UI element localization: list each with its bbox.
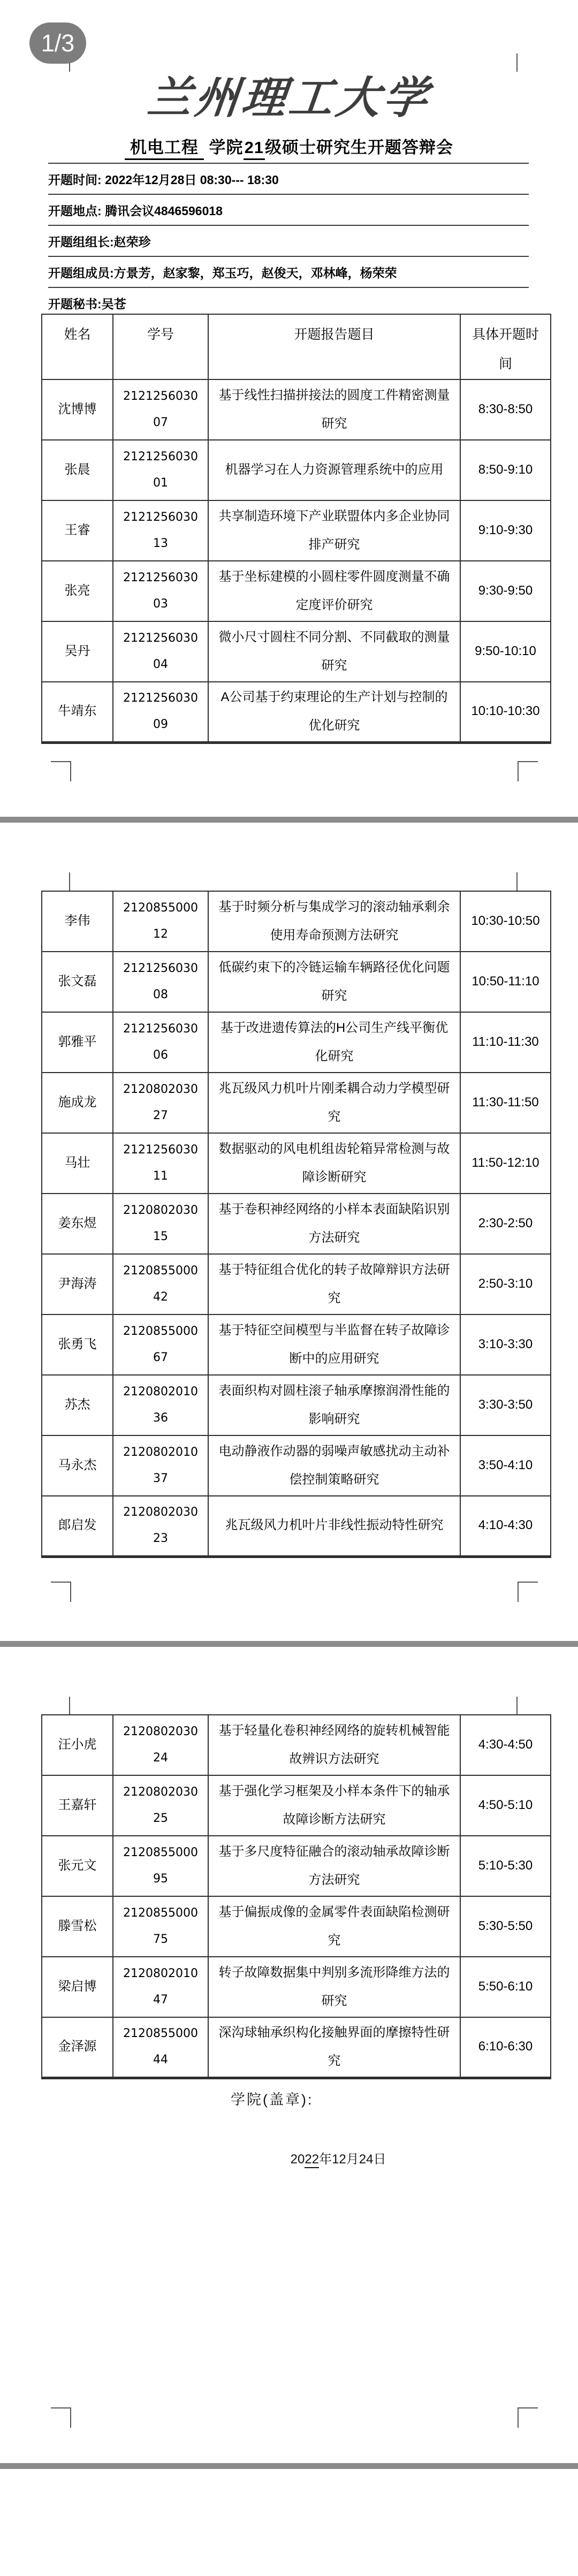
time-slot: 2:50-3:10 bbox=[460, 1254, 551, 1314]
thesis-topic: 表面织构对圆柱滚子轴承摩擦润滑性能的影响研究 bbox=[208, 1375, 460, 1435]
thesis-topic: 兆瓦级风力机叶片非线性振动特性研究 bbox=[208, 1496, 460, 1556]
date-underlined: 22 bbox=[305, 2152, 319, 2168]
time-slot: 9:50-10:10 bbox=[460, 621, 551, 682]
thesis-topic: 低碳约束下的冷链运输车辆路径优化问题研究 bbox=[208, 952, 460, 1012]
time-slot: 8:50-9:10 bbox=[460, 440, 551, 500]
thesis-topic: 基于偏振成像的金属零件表面缺陷检测研究 bbox=[208, 1896, 460, 1957]
thesis-topic: 深沟球轴承织构化接触界面的摩擦特性研究 bbox=[208, 2017, 460, 2078]
page-separator bbox=[0, 2463, 578, 2469]
table-row: 王嘉轩 212080203025 基于强化学习框架及小样本条件下的轴承故障诊断方… bbox=[42, 1775, 551, 1836]
thesis-topic: 电动静液作动器的弱噪声敏感扰动主动补偿控制策略研究 bbox=[208, 1435, 460, 1496]
crop-mark bbox=[516, 1697, 518, 1714]
thesis-topic: 基于多尺度特征融合的滚动轴承故障诊断方法研究 bbox=[208, 1836, 460, 1896]
thesis-topic: 基于特征组合优化的转子故障辩识方法研究 bbox=[208, 1254, 460, 1314]
page-indicator-label: 1/3 bbox=[41, 29, 75, 57]
student-id: 212125603004 bbox=[113, 621, 208, 682]
thesis-topic: 机器学习在人力资源管理系统中的应用 bbox=[208, 440, 460, 500]
crop-mark bbox=[51, 761, 71, 781]
student-name: 金泽源 bbox=[42, 2017, 113, 2078]
thesis-topic: 共享制造环境下产业联盟体内多企业协同排产研究 bbox=[208, 500, 460, 561]
student-name: 姜东煜 bbox=[42, 1194, 113, 1254]
student-id: 212125603006 bbox=[113, 1012, 208, 1073]
time-slot: 2:30-2:50 bbox=[460, 1194, 551, 1254]
student-id: 212080203025 bbox=[113, 1775, 208, 1836]
header-id: 学号 bbox=[113, 314, 208, 379]
time-slot: 3:30-3:50 bbox=[460, 1375, 551, 1435]
info-value: 腾讯会议4846596018 bbox=[105, 201, 223, 219]
time-slot: 8:30-8:50 bbox=[460, 379, 551, 440]
info-label: 开题时间: bbox=[48, 170, 105, 188]
time-slot: 3:10-3:30 bbox=[460, 1314, 551, 1375]
student-name: 张勇飞 bbox=[42, 1314, 113, 1375]
document-viewer: 1/3 兰州理工大学 机电工程 学院21级硕士研究生开题答辩会 开题时间: 20… bbox=[0, 0, 578, 2576]
student-name: 尹海涛 bbox=[42, 1254, 113, 1314]
time-slot: 5:30-5:50 bbox=[460, 1896, 551, 1957]
time-slot: 4:10-4:30 bbox=[460, 1496, 551, 1556]
time-slot: 4:50-5:10 bbox=[460, 1775, 551, 1836]
thesis-topic: 基于改进遗传算法的H公司生产线平衡优化研究 bbox=[208, 1012, 460, 1073]
table-header-row: 姓名 学号 开题报告题目 具体开题时间 bbox=[42, 314, 551, 379]
date-line: 2022年12月24日 bbox=[276, 2133, 386, 2182]
thesis-topic: 基于轻量化卷积神经网络的旋转机械智能故辨识方法研究 bbox=[208, 1715, 460, 1775]
student-id: 212125603003 bbox=[113, 561, 208, 621]
info-label: 开题组组长: bbox=[48, 232, 114, 250]
crop-mark bbox=[518, 1582, 538, 1602]
time-slot: 10:50-11:10 bbox=[460, 952, 551, 1012]
time-slot: 5:50-6:10 bbox=[460, 1957, 551, 2017]
info-label: 开题组成员: bbox=[48, 263, 114, 281]
student-name: 滕雪松 bbox=[42, 1896, 113, 1957]
student-id: 212085500012 bbox=[113, 891, 208, 952]
time-slot: 9:30-9:50 bbox=[460, 561, 551, 621]
student-name: 张晨 bbox=[42, 440, 113, 500]
time-slot: 11:30-11:50 bbox=[460, 1073, 551, 1133]
student-id: 212085500095 bbox=[113, 1836, 208, 1896]
thesis-topic: 兆瓦级风力机叶片刚柔耦合动力学模型研究 bbox=[208, 1073, 460, 1133]
info-label: 开题秘书: bbox=[48, 294, 102, 312]
header-topic: 开题报告题目 bbox=[208, 314, 460, 379]
student-name: 王睿 bbox=[42, 500, 113, 561]
student-name: 苏杰 bbox=[42, 1375, 113, 1435]
crop-mark bbox=[518, 2407, 538, 2428]
schedule-table-page-1: 姓名 学号 开题报告题目 具体开题时间 沈博博 212125603007 基于线… bbox=[41, 314, 551, 744]
meeting-info-row: 开题组成员:方景芳，赵家黎，郑玉巧，赵俊天，邓林峰，杨荣荣 bbox=[48, 256, 529, 287]
page-separator bbox=[0, 817, 578, 823]
crop-mark bbox=[516, 872, 518, 891]
student-name: 王嘉轩 bbox=[42, 1775, 113, 1836]
info-value: 方景芳，赵家黎，郑玉巧，赵俊天，邓林峰，杨荣荣 bbox=[114, 263, 397, 281]
student-id: 212085500075 bbox=[113, 1896, 208, 1957]
title-grade: 21 bbox=[244, 138, 265, 160]
table-row: 牛靖东 212125603009 A公司基于约束理论的生产计划与控制的优化研究 … bbox=[42, 682, 551, 742]
table-row: 王睿 212125603013 共享制造环境下产业联盟体内多企业协同排产研究 9… bbox=[42, 500, 551, 561]
thesis-topic: 基于强化学习框架及小样本条件下的轴承故障诊断方法研究 bbox=[208, 1775, 460, 1836]
student-id: 212080201047 bbox=[113, 1957, 208, 2017]
student-name: 张亮 bbox=[42, 561, 113, 621]
thesis-topic: 基于特征空间模型与半监督在转子故障诊断中的应用研究 bbox=[208, 1314, 460, 1375]
student-id: 212085500044 bbox=[113, 2017, 208, 2078]
student-name: 马壮 bbox=[42, 1133, 113, 1194]
student-name: 牛靖东 bbox=[42, 682, 113, 742]
table-row: 梁启博 212080201047 转子故障数据集中判别多流形降维方法的研究 5:… bbox=[42, 1957, 551, 2017]
info-value: 2022年12月28日 08:30--- 18:30 bbox=[105, 170, 279, 188]
table-row: 马壮 212125603011 数据驱动的风电机组齿轮箱异常检测与故障诊断研究 … bbox=[42, 1133, 551, 1194]
thesis-topic: 基于时频分析与集成学习的滚动轴承剩余使用寿命预测方法研究 bbox=[208, 891, 460, 952]
document-title: 机电工程 学院21级硕士研究生开题答辩会 bbox=[0, 134, 578, 158]
time-slot: 10:10-10:30 bbox=[460, 682, 551, 742]
table-row: 李伟 212085500012 基于时频分析与集成学习的滚动轴承剩余使用寿命预测… bbox=[42, 891, 551, 952]
thesis-topic: A公司基于约束理论的生产计划与控制的优化研究 bbox=[208, 682, 460, 742]
title-rest: 级硕士研究生开题答辩会 bbox=[265, 138, 453, 157]
table-row: 尹海涛 212085500042 基于特征组合优化的转子故障辩识方法研究 2:5… bbox=[42, 1254, 551, 1314]
thesis-topic: 转子故障数据集中判别多流形降维方法的研究 bbox=[208, 1957, 460, 2017]
table-row: 郭雅平 212125603006 基于改进遗传算法的H公司生产线平衡优化研究 1… bbox=[42, 1012, 551, 1073]
student-name: 张文磊 bbox=[42, 952, 113, 1012]
crop-mark bbox=[69, 872, 70, 891]
student-name: 沈博博 bbox=[42, 379, 113, 440]
page-indicator-badge: 1/3 bbox=[29, 22, 86, 64]
schedule-table-page-3: 汪小虎 212080203024 基于轻量化卷积神经网络的旋转机械智能故辨识方法… bbox=[41, 1714, 551, 2079]
info-value: 赵荣珍 bbox=[114, 232, 151, 250]
thesis-topic: 基于线性扫描拼接法的圆度工件精密测量研究 bbox=[208, 379, 460, 440]
title-department: 机电工程 bbox=[125, 138, 204, 160]
student-id: 212080201036 bbox=[113, 1375, 208, 1435]
thesis-topic: 基于坐标建模的小圆柱零件圆度测量不确定度评价研究 bbox=[208, 561, 460, 621]
student-id: 212085500042 bbox=[113, 1254, 208, 1314]
table-row: 沈博博 212125603007 基于线性扫描拼接法的圆度工件精密测量研究 8:… bbox=[42, 379, 551, 440]
page-separator bbox=[0, 1641, 578, 1647]
header-time: 具体开题时间 bbox=[460, 314, 551, 379]
time-slot: 3:50-4:10 bbox=[460, 1435, 551, 1496]
table-row: 郎启发 212080203023 兆瓦级风力机叶片非线性振动特性研究 4:10-… bbox=[42, 1496, 551, 1556]
student-id: 212080203023 bbox=[113, 1496, 208, 1556]
thesis-topic: 数据驱动的风电机组齿轮箱异常检测与故障诊断研究 bbox=[208, 1133, 460, 1194]
university-logo: 兰州理工大学 bbox=[0, 69, 578, 128]
student-id: 212080203024 bbox=[113, 1715, 208, 1775]
student-id: 212125603009 bbox=[113, 682, 208, 742]
student-name: 施成龙 bbox=[42, 1073, 113, 1133]
student-name: 郭雅平 bbox=[42, 1012, 113, 1073]
table-row: 汪小虎 212080203024 基于轻量化卷积神经网络的旋转机械智能故辨识方法… bbox=[42, 1715, 551, 1775]
title-mid: 学院 bbox=[204, 138, 244, 157]
student-name: 张元文 bbox=[42, 1836, 113, 1896]
student-id: 212080203015 bbox=[113, 1194, 208, 1254]
meeting-info-row: 开题组组长:赵荣珍 bbox=[48, 225, 529, 256]
info-label: 开题地点: bbox=[48, 201, 105, 219]
table-row: 苏杰 212080201036 表面织构对圆柱滚子轴承摩擦润滑性能的影响研究 3… bbox=[42, 1375, 551, 1435]
table-row: 张亮 212125603003 基于坐标建模的小圆柱零件圆度测量不确定度评价研究… bbox=[42, 561, 551, 621]
student-name: 梁启博 bbox=[42, 1957, 113, 2017]
table-row: 马永杰 212080201037 电动静液作动器的弱噪声敏感扰动主动补偿控制策略… bbox=[42, 1435, 551, 1496]
student-id: 212080201037 bbox=[113, 1435, 208, 1496]
student-name: 吴丹 bbox=[42, 621, 113, 682]
time-slot: 11:10-11:30 bbox=[460, 1012, 551, 1073]
thesis-topic: 微小尺寸圆柱不同分割、不同截取的测量研究 bbox=[208, 621, 460, 682]
thesis-topic: 基于卷积神经网络的小样本表面缺陷识别方法研究 bbox=[208, 1194, 460, 1254]
table-row: 施成龙 212080203027 兆瓦级风力机叶片刚柔耦合动力学模型研究 11:… bbox=[42, 1073, 551, 1133]
time-slot: 6:10-6:30 bbox=[460, 2017, 551, 2078]
table-row: 张晨 212125603001 机器学习在人力资源管理系统中的应用 8:50-9… bbox=[42, 440, 551, 500]
student-name: 马永杰 bbox=[42, 1435, 113, 1496]
table-row: 张勇飞 212085500067 基于特征空间模型与半监督在转子故障诊断中的应用… bbox=[42, 1314, 551, 1375]
student-name: 汪小虎 bbox=[42, 1715, 113, 1775]
header-name: 姓名 bbox=[42, 314, 113, 379]
student-id: 212125603013 bbox=[113, 500, 208, 561]
student-name: 李伟 bbox=[42, 891, 113, 952]
date-prefix: 20 bbox=[291, 2152, 305, 2167]
table-row: 滕雪松 212085500075 基于偏振成像的金属零件表面缺陷检测研究 5:3… bbox=[42, 1896, 551, 1957]
meeting-info-list: 开题时间: 2022年12月28日 08:30--- 18:30 开题地点: 腾… bbox=[48, 163, 529, 318]
table-row: 张文磊 212125603008 低碳约束下的冷链运输车辆路径优化问题研究 10… bbox=[42, 952, 551, 1012]
crop-mark bbox=[69, 1697, 70, 1714]
crop-mark bbox=[51, 1582, 71, 1602]
schedule-table-page-2: 李伟 212085500012 基于时频分析与集成学习的滚动轴承剩余使用寿命预测… bbox=[41, 891, 551, 1558]
info-value: 吴苍 bbox=[102, 294, 126, 312]
student-id: 212080203027 bbox=[113, 1073, 208, 1133]
meeting-info-row: 开题地点: 腾讯会议4846596018 bbox=[48, 194, 529, 225]
crop-mark bbox=[51, 2407, 71, 2428]
date-rest: 年12月24日 bbox=[319, 2152, 386, 2167]
student-id: 212125603011 bbox=[113, 1133, 208, 1194]
table-row: 姜东煜 212080203015 基于卷积神经网络的小样本表面缺陷识别方法研究 … bbox=[42, 1194, 551, 1254]
meeting-info-row: 开题时间: 2022年12月28日 08:30--- 18:30 bbox=[48, 163, 529, 194]
seal-label: 学院(盖章): bbox=[231, 2088, 313, 2109]
table-row: 张元文 212085500095 基于多尺度特征融合的滚动轴承故障诊断方法研究 … bbox=[42, 1836, 551, 1896]
time-slot: 9:10-9:30 bbox=[460, 500, 551, 561]
time-slot: 10:30-10:50 bbox=[460, 891, 551, 952]
student-id: 212085500067 bbox=[113, 1314, 208, 1375]
time-slot: 11:50-12:10 bbox=[460, 1133, 551, 1194]
student-id: 212125603001 bbox=[113, 440, 208, 500]
student-id: 212125603008 bbox=[113, 952, 208, 1012]
table-row: 吴丹 212125603004 微小尺寸圆柱不同分割、不同截取的测量研究 9:5… bbox=[42, 621, 551, 682]
time-slot: 4:30-4:50 bbox=[460, 1715, 551, 1775]
crop-mark bbox=[518, 761, 538, 781]
student-name: 郎启发 bbox=[42, 1496, 113, 1556]
student-id: 212125603007 bbox=[113, 379, 208, 440]
time-slot: 5:10-5:30 bbox=[460, 1836, 551, 1896]
table-row: 金泽源 212085500044 深沟球轴承织构化接触界面的摩擦特性研究 6:1… bbox=[42, 2017, 551, 2078]
